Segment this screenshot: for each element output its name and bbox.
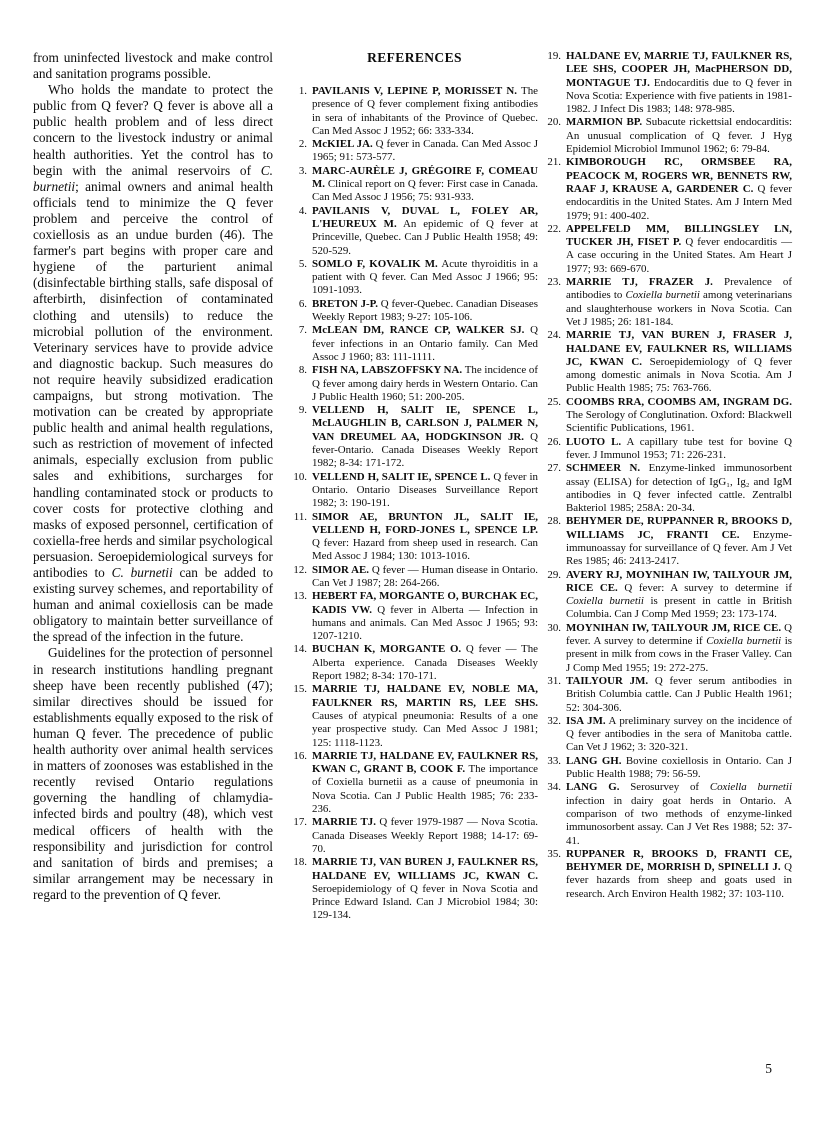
- reference-text: PAVILANIS V, DUVAL L, FOLEY AR, L'HEUREU…: [312, 205, 538, 258]
- ref-authors: TAILYOUR JM.: [566, 675, 648, 687]
- document-page: from uninfected livestock and make contr…: [0, 0, 816, 1123]
- ref-authors: BRETON J-P.: [312, 298, 378, 310]
- reference-text: FISH NA, LABSZOFFSKY NA. The incidence o…: [312, 364, 538, 404]
- ref-authors: MARMION BP.: [566, 116, 642, 128]
- reference-number: 17.: [291, 816, 307, 856]
- reference-number: 5.: [291, 258, 307, 298]
- reference-text: MARC-AURÈLE J, GRÉGOIRE F, COMEAU M. Cli…: [312, 165, 538, 205]
- reference-text: McLEAN DM, RANCE CP, WALKER SJ. Q fever …: [312, 324, 538, 364]
- reference-number: 27.: [545, 462, 561, 515]
- text-run: Clinical report on Q fever: First case i…: [312, 178, 538, 203]
- reference-item: 4.PAVILANIS V, DUVAL L, FOLEY AR, L'HEUR…: [291, 205, 538, 258]
- references-column-1: REFERENCES 1.PAVILANIS V, LEPINE P, MORI…: [291, 50, 538, 923]
- reference-item: 8.FISH NA, LABSZOFFSKY NA. The incidence…: [291, 364, 538, 404]
- reference-item: 1.PAVILANIS V, LEPINE P, MORISSET N. The…: [291, 85, 538, 138]
- reference-number: 6.: [291, 298, 307, 325]
- ref-authors: SIMOR AE, BRUNTON JL, SALIT IE, VELLEND …: [312, 511, 538, 536]
- ref-authors: BUCHAN K, MORGANTE O.: [312, 643, 461, 655]
- references-column-2: 19.HALDANE EV, MARRIE TJ, FAULKNER RS, L…: [545, 50, 792, 901]
- reference-text: SCHMEER N. Enzyme-linked immunosorbent a…: [566, 462, 792, 515]
- reference-number: 15.: [291, 683, 307, 749]
- reference-item: 6.BRETON J-P. Q fever-Quebec. Canadian D…: [291, 298, 538, 325]
- reference-item: 31.TAILYOUR JM. Q fever serum antibodies…: [545, 675, 792, 715]
- ref-authors: ISA JM.: [566, 715, 606, 727]
- ref-authors: MOYNIHAN IW, TAILYOUR JM, RICE CE.: [566, 622, 781, 634]
- reference-number: 14.: [291, 643, 307, 683]
- reference-text: MARRIE TJ, VAN BUREN J, FRASER J, HALDAN…: [566, 329, 792, 395]
- reference-item: 7.McLEAN DM, RANCE CP, WALKER SJ. Q feve…: [291, 324, 538, 364]
- reference-item: 10.VELLEND H, SALIT IE, SPENCE L. Q feve…: [291, 471, 538, 511]
- reference-text: MOYNIHAN IW, TAILYOUR JM, RICE CE. Q fev…: [566, 622, 792, 675]
- ref-authors: VELLEND H, SALIT IE, SPENCE L, McLAUGHLI…: [312, 404, 538, 443]
- text-run: Serosurvey of: [619, 781, 709, 793]
- reference-item: 5.SOMLO F, KOVALIK M. Acute thyroiditis …: [291, 258, 538, 298]
- reference-text: BRETON J-P. Q fever-Quebec. Canadian Dis…: [312, 298, 538, 325]
- references-list-1: 1.PAVILANIS V, LEPINE P, MORISSET N. The…: [291, 85, 538, 923]
- ref-authors: MARRIE TJ, FRAZER J.: [566, 276, 713, 288]
- reference-text: LUOTO L. A capillary tube test for bovin…: [566, 436, 792, 463]
- reference-number: 32.: [545, 715, 561, 755]
- ref-authors: COOMBS RRA, COOMBS AM, INGRAM DG.: [566, 396, 792, 408]
- ref-authors: MARRIE TJ, VAN BUREN J, FAULKNER RS, HAL…: [312, 856, 538, 881]
- reference-number: 33.: [545, 755, 561, 782]
- text-run: Guidelines for the protection of personn…: [33, 645, 273, 901]
- reference-number: 19.: [545, 50, 561, 116]
- ref-authors: RUPPANER R, BROOKS D, FRANTI CE, BEHYMER…: [566, 848, 792, 873]
- reference-number: 9.: [291, 404, 307, 470]
- reference-text: AVERY RJ, MOYNIHAN IW, TAILYOUR JM, RICE…: [566, 569, 792, 622]
- text-run: ; animal owners and animal health offici…: [33, 179, 273, 580]
- reference-text: McKIEL JA. Q fever in Canada. Can Med As…: [312, 138, 538, 165]
- reference-number: 3.: [291, 165, 307, 205]
- reference-number: 31.: [545, 675, 561, 715]
- ref-authors: McKIEL JA.: [312, 138, 373, 150]
- reference-number: 22.: [545, 223, 561, 276]
- reference-item: 12.SIMOR AE. Q fever — Human disease in …: [291, 564, 538, 591]
- reference-number: 26.: [545, 436, 561, 463]
- reference-item: 27.SCHMEER N. Enzyme-linked immunosorben…: [545, 462, 792, 515]
- reference-text: BUCHAN K, MORGANTE O. Q fever — The Albe…: [312, 643, 538, 683]
- reference-number: 34.: [545, 781, 561, 847]
- reference-text: VELLEND H, SALIT IE, SPENCE L, McLAUGHLI…: [312, 404, 538, 470]
- reference-item: 18.MARRIE TJ, VAN BUREN J, FAULKNER RS, …: [291, 856, 538, 922]
- reference-number: 2.: [291, 138, 307, 165]
- reference-number: 4.: [291, 205, 307, 258]
- reference-text: HALDANE EV, MARRIE TJ, FAULKNER RS, LEE …: [566, 50, 792, 116]
- reference-text: COOMBS RRA, COOMBS AM, INGRAM DG. The Se…: [566, 396, 792, 436]
- reference-text: MARRIE TJ, HALDANE EV, FAULKNER RS, KWAN…: [312, 750, 538, 816]
- ref-authors: MARRIE TJ, HALDANE EV, NOBLE MA, FAULKNE…: [312, 683, 538, 708]
- ref-authors: VELLEND H, SALIT IE, SPENCE L.: [312, 471, 490, 483]
- reference-item: 19.HALDANE EV, MARRIE TJ, FAULKNER RS, L…: [545, 50, 792, 116]
- ref-authors: LANG GH.: [566, 755, 622, 767]
- reference-number: 28.: [545, 515, 561, 568]
- reference-text: HEBERT FA, MORGANTE O, BURCHAK EC, KADIS…: [312, 590, 538, 643]
- reference-text: KIMBOROUGH RC, ORMSBEE RA, PEACOCK M, RO…: [566, 156, 792, 222]
- page-number: 5: [765, 1061, 772, 1077]
- ref-authors: FISH NA, LABSZOFFSKY NA.: [312, 364, 462, 376]
- reference-number: 1.: [291, 85, 307, 138]
- reference-number: 7.: [291, 324, 307, 364]
- reference-item: 13.HEBERT FA, MORGANTE O, BURCHAK EC, KA…: [291, 590, 538, 643]
- text-run: Seroepidemiology of Q fever in Nova Scot…: [312, 883, 538, 922]
- reference-item: 33.LANG GH. Bovine coxiellosis in Ontari…: [545, 755, 792, 782]
- reference-number: 13.: [291, 590, 307, 643]
- text-run: from uninfected livestock and make contr…: [33, 50, 273, 81]
- reference-text: SIMOR AE. Q fever — Human disease in Ont…: [312, 564, 538, 591]
- reference-text: ISA JM. A preliminary survey on the inci…: [566, 715, 792, 755]
- text-run: Q fever: A survey to determine if: [618, 582, 792, 594]
- reference-text: SOMLO F, KOVALIK M. Acute thyroiditis in…: [312, 258, 538, 298]
- reference-item: 22.APPELFELD MM, BILLINGSLEY LN, TUCKER …: [545, 223, 792, 276]
- reference-item: 11.SIMOR AE, BRUNTON JL, SALIT IE, VELLE…: [291, 511, 538, 564]
- reference-item: 32.ISA JM. A preliminary survey on the i…: [545, 715, 792, 755]
- ref-authors: MARRIE TJ.: [312, 816, 376, 828]
- reference-number: 10.: [291, 471, 307, 511]
- reference-text: LANG G. Serosurvey of Coxiella burnetii …: [566, 781, 792, 847]
- reference-item: 3.MARC-AURÈLE J, GRÉGOIRE F, COMEAU M. C…: [291, 165, 538, 205]
- body-paragraph: Who holds the mandate to protect the pub…: [33, 82, 273, 645]
- reference-item: 14.BUCHAN K, MORGANTE O. Q fever — The A…: [291, 643, 538, 683]
- reference-item: 9.VELLEND H, SALIT IE, SPENCE L, McLAUGH…: [291, 404, 538, 470]
- reference-item: 24.MARRIE TJ, VAN BUREN J, FRASER J, HAL…: [545, 329, 792, 395]
- ref-authors: LANG G.: [566, 781, 619, 793]
- ref-authors: LUOTO L.: [566, 436, 621, 448]
- text-run: Q fever: Hazard from sheep used in resea…: [312, 537, 538, 562]
- reference-number: 23.: [545, 276, 561, 329]
- text-run: Who holds the mandate to protect the pub…: [33, 82, 273, 177]
- body-paragraph: Guidelines for the protection of personn…: [33, 645, 273, 903]
- reference-item: 30.MOYNIHAN IW, TAILYOUR JM, RICE CE. Q …: [545, 622, 792, 675]
- reference-text: VELLEND H, SALIT IE, SPENCE L. Q fever i…: [312, 471, 538, 511]
- reference-number: 25.: [545, 396, 561, 436]
- reference-number: 18.: [291, 856, 307, 922]
- reference-text: LANG GH. Bovine coxiellosis in Ontario. …: [566, 755, 792, 782]
- reference-number: 35.: [545, 848, 561, 901]
- reference-number: 29.: [545, 569, 561, 622]
- reference-item: 2.McKIEL JA. Q fever in Canada. Can Med …: [291, 138, 538, 165]
- ref-authors: SIMOR AE.: [312, 564, 369, 576]
- reference-text: MARRIE TJ, FRAZER J. Prevalence of antib…: [566, 276, 792, 329]
- reference-text: RUPPANER R, BROOKS D, FRANTI CE, BEHYMER…: [566, 848, 792, 901]
- reference-number: 20.: [545, 116, 561, 156]
- reference-text: MARRIE TJ, VAN BUREN J, FAULKNER RS, HAL…: [312, 856, 538, 922]
- italic-term: Coxiella burnetii: [710, 781, 792, 793]
- text-run: The Serology of Conglutination. Oxford: …: [566, 409, 792, 434]
- reference-item: 28.BEHYMER DE, RUPPANNER R, BROOKS D, WI…: [545, 515, 792, 568]
- reference-item: 35.RUPPANER R, BROOKS D, FRANTI CE, BEHY…: [545, 848, 792, 901]
- reference-number: 16.: [291, 750, 307, 816]
- reference-text: PAVILANIS V, LEPINE P, MORISSET N. The p…: [312, 85, 538, 138]
- reference-item: 21.KIMBOROUGH RC, ORMSBEE RA, PEACOCK M,…: [545, 156, 792, 222]
- ref-authors: SCHMEER N.: [566, 462, 640, 474]
- italic-term: Coxiella burnetii: [625, 289, 699, 301]
- text-run: infection in dairy goat herds in Ontario…: [566, 795, 792, 847]
- references-list-2: 19.HALDANE EV, MARRIE TJ, FAULKNER RS, L…: [545, 50, 792, 901]
- reference-item: 26.LUOTO L. A capillary tube test for bo…: [545, 436, 792, 463]
- reference-item: 15.MARRIE TJ, HALDANE EV, NOBLE MA, FAUL…: [291, 683, 538, 749]
- reference-number: 30.: [545, 622, 561, 675]
- reference-item: 20.MARMION BP. Subacute rickettsial endo…: [545, 116, 792, 156]
- reference-number: 21.: [545, 156, 561, 222]
- reference-text: MARRIE TJ, HALDANE EV, NOBLE MA, FAULKNE…: [312, 683, 538, 749]
- references-heading: REFERENCES: [291, 50, 538, 66]
- reference-text: SIMOR AE, BRUNTON JL, SALIT IE, VELLEND …: [312, 511, 538, 564]
- reference-text: TAILYOUR JM. Q fever serum antibodies in…: [566, 675, 792, 715]
- body-text-column: from uninfected livestock and make contr…: [33, 50, 273, 903]
- reference-item: 16.MARRIE TJ, HALDANE EV, FAULKNER RS, K…: [291, 750, 538, 816]
- reference-text: BEHYMER DE, RUPPANNER R, BROOKS D, WILLI…: [566, 515, 792, 568]
- reference-item: 23.MARRIE TJ, FRAZER J. Prevalence of an…: [545, 276, 792, 329]
- ref-authors: PAVILANIS V, LEPINE P, MORISSET N.: [312, 85, 517, 97]
- reference-number: 24.: [545, 329, 561, 395]
- ref-authors: SOMLO F, KOVALIK M.: [312, 258, 438, 270]
- reference-number: 11.: [291, 511, 307, 564]
- text-run: Causes of atypical pneumonia: Results of…: [312, 710, 538, 749]
- reference-text: MARRIE TJ. Q fever 1979-1987 — Nova Scot…: [312, 816, 538, 856]
- italic-term: Coxiella burnetii: [706, 635, 781, 647]
- reference-number: 12.: [291, 564, 307, 591]
- reference-item: 25.COOMBS RRA, COOMBS AM, INGRAM DG. The…: [545, 396, 792, 436]
- body-paragraph: from uninfected livestock and make contr…: [33, 50, 273, 82]
- italic-term: C. burnetii: [112, 565, 173, 580]
- reference-text: MARMION BP. Subacute rickettsial endocar…: [566, 116, 792, 156]
- reference-number: 8.: [291, 364, 307, 404]
- italic-term: Coxiella burnetii: [566, 595, 644, 607]
- reference-item: 17.MARRIE TJ. Q fever 1979-1987 — Nova S…: [291, 816, 538, 856]
- reference-item: 29.AVERY RJ, MOYNIHAN IW, TAILYOUR JM, R…: [545, 569, 792, 622]
- reference-text: APPELFELD MM, BILLINGSLEY LN, TUCKER JH,…: [566, 223, 792, 276]
- reference-item: 34.LANG G. Serosurvey of Coxiella burnet…: [545, 781, 792, 847]
- ref-authors: McLEAN DM, RANCE CP, WALKER SJ.: [312, 324, 524, 336]
